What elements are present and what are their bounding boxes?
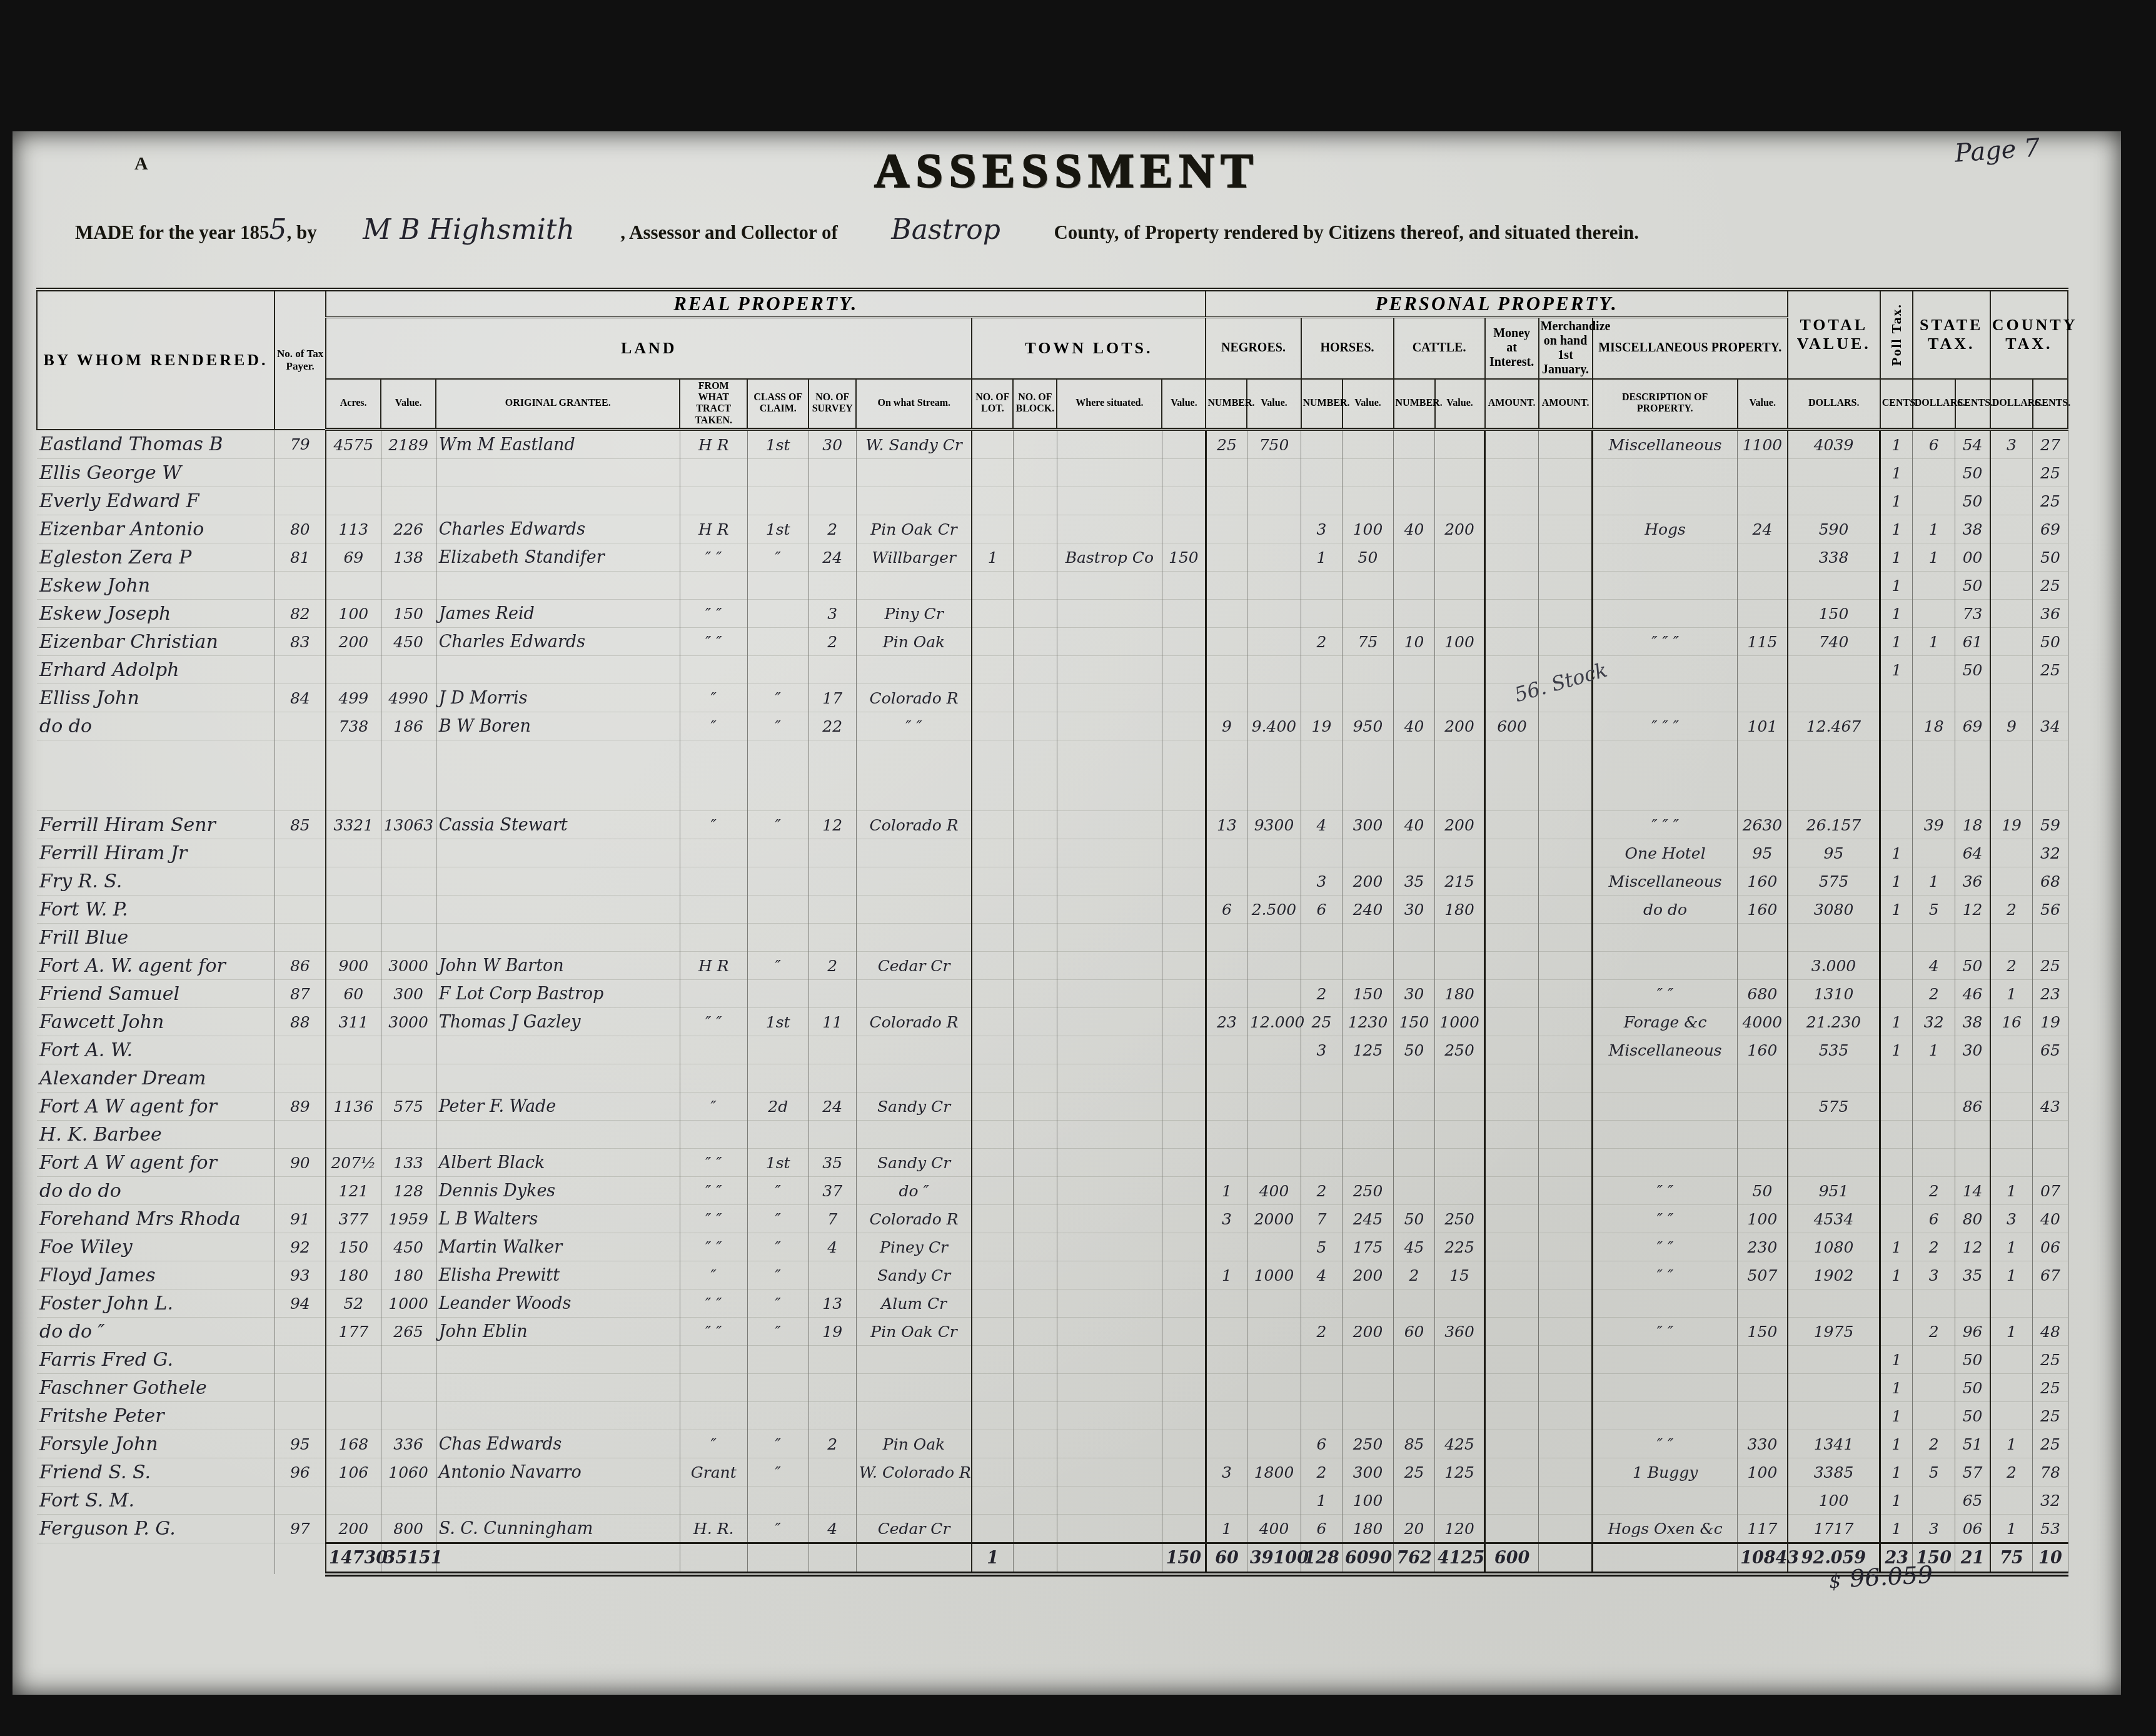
cell-lotval [1162,811,1206,839]
cell-sd [1913,924,1955,952]
cell-lot [972,1261,1013,1289]
cell-survey [808,896,856,924]
cell-cv [1435,600,1485,628]
cell-situated [1057,924,1162,952]
cell-cls: 1st [747,430,808,459]
cell-hv [1342,487,1394,515]
cell-tract: ″ ″ [680,600,747,628]
cell-val: 300 [381,980,436,1008]
cell-cd [1990,839,2033,867]
cell-total: 26.157 [1788,811,1880,839]
cell-total [1788,459,1880,487]
cell-name: Forsyle John [37,1430,275,1458]
table-row: Elliss John844994990J D Morris″″17Colora… [37,684,2068,712]
cell-val: 226 [381,515,436,543]
cell-money: 600 [1485,1543,1539,1575]
cell-miscv [1738,600,1788,628]
cell-cc: 59 [2033,811,2068,839]
cell-acres [326,839,381,867]
cell-hn [1301,430,1342,459]
cell-total [1788,1346,1880,1374]
cell-total: 1080 [1788,1233,1880,1261]
cell-cd: 1 [1990,1233,2033,1261]
cell-grantee: John W Barton [436,952,680,980]
cell-val [381,487,436,515]
cell-acres [326,896,381,924]
cell-block [1013,1121,1057,1149]
cell-miscv [1738,1486,1788,1515]
cell-block [1013,1093,1057,1121]
cell-hn: 5 [1301,1233,1342,1261]
cell-cc: 25 [2033,1402,2068,1430]
col-acres: Acres. [326,379,381,430]
cell-total: 1902 [1788,1261,1880,1289]
cell-lot [972,811,1013,839]
cell-sc: 86 [1955,1093,1990,1121]
cell-nn [1206,628,1247,656]
cell-hv [1342,924,1394,952]
table-row [37,740,2068,811]
cell-cv: 15 [1435,1261,1485,1289]
cell-money: 600 [1485,712,1539,740]
cell-val: 450 [381,1233,436,1261]
cell-cv [1435,487,1485,515]
cell-cc: 25 [2033,459,2068,487]
cell-lotval [1162,628,1206,656]
cell-miscv: 100 [1738,1458,1788,1486]
cell-grantee: Thomas J Gazley [436,1008,680,1036]
cell-survey: 4 [808,1515,856,1543]
cell-nv: 750 [1247,430,1301,459]
cell-miscd: Forage &c [1593,1008,1738,1036]
cell-money [1485,1177,1539,1205]
cell-situated [1057,1543,1162,1575]
cell-acres: 180 [326,1261,381,1289]
cell-no [275,1374,326,1402]
cell-no: 92 [275,1233,326,1261]
cell-survey [808,1121,856,1149]
cell-no: 95 [275,1430,326,1458]
cell-sc: 65 [1955,1486,1990,1515]
cell-situated [1057,459,1162,487]
cell-cc [2033,1121,2068,1149]
cell-block [1013,1177,1057,1205]
cell-survey [808,1036,856,1064]
cell-nv [1247,1430,1301,1458]
cell-nn: 60 [1206,1543,1247,1575]
cell-total [1788,1149,1880,1177]
cell-miscd [1593,1093,1738,1121]
cell-cc: 43 [2033,1093,2068,1121]
dollar-flourish: $ [1828,1570,1841,1593]
cell-sc: 30 [1955,1036,1990,1064]
cell-survey [808,924,856,952]
cell-lot [972,1205,1013,1233]
cell-situated [1057,712,1162,740]
cell-name: Alexander Dream [37,1064,275,1093]
cell-val [381,924,436,952]
cell-cv [1435,1374,1485,1402]
cell-hn: 2 [1301,1458,1342,1486]
cell-miscd: ″ ″ [1593,1177,1738,1205]
cell-sd: 2 [1913,1318,1955,1346]
cell-cls [747,1064,808,1093]
cell-name: Eskew Joseph [37,600,275,628]
cell-miscd: ″ ″ [1593,1205,1738,1233]
subtitle-line: MADE for the year 1855, by M B Highsmith… [75,214,2083,246]
cell-name: Ferrill Hiram Senr [37,811,275,839]
cell-miscv: 95 [1738,839,1788,867]
cell-acres: 4575 [326,430,381,459]
cell-block [1013,1346,1057,1374]
cell-grantee: L B Walters [436,1205,680,1233]
cell-cd [1990,543,2033,572]
cell-merch [1539,543,1593,572]
cell-miscd: One Hotel [1593,839,1738,867]
cell-hv: 300 [1342,1458,1394,1486]
cell-lotval: 150 [1162,543,1206,572]
cell-merch [1539,572,1593,600]
subtitle-tail: County, of Property rendered by Citizens… [1054,221,1639,243]
cell-survey [808,1458,856,1486]
cell-hn: 25 [1301,1008,1342,1036]
cell-no [275,896,326,924]
cell-sc: 50 [1955,459,1990,487]
cell-sd [1913,600,1955,628]
cell-miscv: 10843 [1738,1543,1788,1575]
cell-sd: 4 [1913,952,1955,980]
cell-name: H. K. Barbee [37,1121,275,1149]
cell-nv [1247,572,1301,600]
cell-nn [1206,572,1247,600]
cell-nn [1206,1289,1247,1318]
cell-name: Fritshe Peter [37,1402,275,1430]
cell-stream: W. Colorado R [856,1458,972,1486]
cell-hv: 240 [1342,896,1394,924]
cell-cc: 40 [2033,1205,2068,1233]
cell-name: Fort A W agent for [37,1093,275,1121]
cell-sd [1913,1289,1955,1318]
cell-cn [1394,543,1435,572]
cell-no [275,924,326,952]
cell-money [1485,924,1539,952]
cell-nv: 2.500 [1247,896,1301,924]
cell-acres [326,867,381,896]
cell-cn [1394,684,1435,712]
cell-cc: 25 [2033,572,2068,600]
cell-cls [747,1121,808,1149]
cell-cls [747,839,808,867]
cell-lot [972,712,1013,740]
cell-no: 90 [275,1149,326,1177]
cell-stream [856,1121,972,1149]
cell-money [1485,628,1539,656]
cell-sd [1913,1402,1955,1430]
cell-lot: 1 [972,543,1013,572]
cell-poll: 1 [1880,839,1913,867]
cell-cc: 32 [2033,839,2068,867]
cell-nn [1206,1121,1247,1149]
cell-nv [1247,1036,1301,1064]
cell-total: 3385 [1788,1458,1880,1486]
cell-cv [1435,459,1485,487]
cell-cls [747,1402,808,1430]
cell-survey [808,839,856,867]
cell-survey [808,1402,856,1430]
cell-merch [1539,1402,1593,1430]
cell-hn [1301,1289,1342,1318]
cell-name: Friend S. S. [37,1458,275,1486]
cell-situated [1057,867,1162,896]
cell-poll: 1 [1880,1233,1913,1261]
cell-block [1013,1064,1057,1093]
cell-cd: 3 [1990,1205,2033,1233]
cell-sc: 50 [1955,1346,1990,1374]
cell-total [1788,1374,1880,1402]
cell-no [275,740,326,811]
cell-cn [1394,740,1435,811]
cell-money [1485,980,1539,1008]
cell-hv [1342,1121,1394,1149]
col-no-of-block: NO. OF BLOCK. [1013,379,1057,430]
cell-tract: H R [680,515,747,543]
col-total-value: TOTAL VALUE. [1788,290,1880,379]
cell-cc: 78 [2033,1458,2068,1486]
cell-money [1485,896,1539,924]
cell-poll [1880,1121,1913,1149]
assessor-name-handwritten: M B Highsmith [322,214,616,246]
cell-total [1788,740,1880,811]
cell-sd [1913,656,1955,684]
cell-cv [1435,656,1485,684]
cell-val: 336 [381,1430,436,1458]
cell-lotval [1162,1177,1206,1205]
cell-tract: ″ [680,712,747,740]
table-row: Alexander Dream [37,1064,2068,1093]
cell-block [1013,572,1057,600]
cell-hn: 4 [1301,1261,1342,1289]
cell-hn [1301,600,1342,628]
cell-hn: 128 [1301,1543,1342,1575]
cell-tract: ″ ″ [680,1318,747,1346]
cell-total: 1975 [1788,1318,1880,1346]
cell-cls [747,980,808,1008]
cell-lot [972,572,1013,600]
table-row: Erhard Adolph15025 [37,656,2068,684]
cell-cn: 50 [1394,1205,1435,1233]
cell-merch [1539,1543,1593,1575]
cell-lot [972,1233,1013,1261]
cell-name: Eastland Thomas B [37,430,275,459]
col-no-of-survey: NO. OF SURVEY [808,379,856,430]
cell-stream: Piny Cr [856,600,972,628]
table-row: Frill Blue [37,924,2068,952]
cell-cn [1394,1346,1435,1374]
cell-lot [972,1515,1013,1543]
cell-lotval [1162,740,1206,811]
cell-miscv: 150 [1738,1318,1788,1346]
cell-block [1013,980,1057,1008]
cell-stream: Colorado R [856,1205,972,1233]
cell-merch [1539,740,1593,811]
cell-cc [2033,924,2068,952]
cell-hv: 6090 [1342,1543,1394,1575]
cell-total: 535 [1788,1036,1880,1064]
col-state-tax: STATE TAX. [1913,290,1990,379]
cell-miscd: ″ ″ [1593,1233,1738,1261]
group-negroes: NEGROES. [1206,317,1301,379]
cell-sc: 80 [1955,1205,1990,1233]
cell-val [381,1374,436,1402]
cell-tract [680,656,747,684]
table-row: H. K. Barbee [37,1121,2068,1149]
cell-acres: 738 [326,712,381,740]
cell-cls: ″ [747,1458,808,1486]
totals-row: 1473035151115060391001286090762412560010… [37,1543,2068,1575]
cell-grantee: S. C. Cunningham [436,1515,680,1543]
cell-merch [1539,1318,1593,1346]
cell-no: 88 [275,1008,326,1036]
cell-survey [808,1261,856,1289]
cell-nn [1206,1149,1247,1177]
cell-survey: 37 [808,1177,856,1205]
cell-miscd: ″ ″ [1593,1430,1738,1458]
cell-survey: 2 [808,952,856,980]
cell-no: 87 [275,980,326,1008]
cell-merch [1539,1289,1593,1318]
cell-miscv: 50 [1738,1177,1788,1205]
cell-cd [1990,1402,2033,1430]
cell-sc: 50 [1955,656,1990,684]
cell-nv [1247,515,1301,543]
cell-grantee [436,1374,680,1402]
cell-cn: 85 [1394,1430,1435,1458]
cell-no [275,487,326,515]
cell-stream: Pin Oak [856,628,972,656]
cell-survey: 7 [808,1205,856,1233]
table-row: Everly Edward F15025 [37,487,2068,515]
cell-no [275,1064,326,1093]
cell-cn: 40 [1394,515,1435,543]
cell-lot [972,1374,1013,1402]
cell-cc [2033,1064,2068,1093]
cell-grantee [436,459,680,487]
cell-tract: ″ [680,811,747,839]
cell-val: 800 [381,1515,436,1543]
cell-miscv: 160 [1738,867,1788,896]
cell-money [1485,1036,1539,1064]
group-land: LAND [326,317,972,379]
cell-block [1013,924,1057,952]
cell-hv [1342,1149,1394,1177]
cell-sc: 14 [1955,1177,1990,1205]
cell-cn [1394,1374,1435,1402]
cell-situated [1057,1177,1162,1205]
cell-cn: 25 [1394,1458,1435,1486]
cell-sc: 18 [1955,811,1990,839]
cell-cv [1435,839,1485,867]
cell-grantee: Albert Black [436,1149,680,1177]
cell-stream [856,656,972,684]
cell-merch [1539,628,1593,656]
cell-sd [1913,684,1955,712]
cell-lotval [1162,839,1206,867]
cell-tract [680,867,747,896]
cell-name: Eizenbar Antonio [37,515,275,543]
cell-block [1013,1402,1057,1430]
cell-cc: 32 [2033,1486,2068,1515]
cell-cv: 250 [1435,1036,1485,1064]
cell-grantee [436,924,680,952]
group-personal-property: PERSONAL PROPERTY. [1206,290,1787,317]
cell-hv: 1230 [1342,1008,1394,1036]
cell-stream: Alum Cr [856,1289,972,1318]
cell-nn [1206,952,1247,980]
cell-hv [1342,430,1394,459]
table-row: Farris Fred G.15025 [37,1346,2068,1374]
cell-miscv [1738,1402,1788,1430]
cell-sc: 36 [1955,867,1990,896]
cell-merch [1539,1458,1593,1486]
group-merchandize: Merchandize on hand 1st January. [1539,317,1593,379]
cell-poll: 1 [1880,1458,1913,1486]
col-on-what-stream: On what Stream. [856,379,972,430]
cell-sc: 50 [1955,1374,1990,1402]
cell-stream: W. Sandy Cr [856,430,972,459]
cell-val: 2189 [381,430,436,459]
cell-situated [1057,628,1162,656]
cell-block [1013,811,1057,839]
cell-money [1485,867,1539,896]
cell-sd [1913,1149,1955,1177]
cell-cc: 67 [2033,1261,2068,1289]
cell-stream [856,896,972,924]
cell-val [381,867,436,896]
col-money-amount: AMOUNT. [1485,379,1539,430]
cell-nn: 1 [1206,1261,1247,1289]
cell-acres [326,487,381,515]
cell-grantee [436,1064,680,1093]
cell-poll: 1 [1880,628,1913,656]
cell-merch [1539,1177,1593,1205]
cell-name: Elliss John [37,684,275,712]
cell-hv: 250 [1342,1177,1394,1205]
cell-cn [1394,656,1435,684]
cell-hn [1301,1402,1342,1430]
cell-cls [747,459,808,487]
cell-nn [1206,740,1247,811]
cell-survey: 12 [808,811,856,839]
cell-nv [1247,952,1301,980]
cell-val [381,896,436,924]
cell-cd [1990,1486,2033,1515]
cell-grantee [436,1121,680,1149]
cell-cls: ″ [747,1177,808,1205]
cell-lotval [1162,459,1206,487]
cell-tract [680,980,747,1008]
cell-sc: 38 [1955,515,1990,543]
cell-sc: 50 [1955,952,1990,980]
cell-lot [972,1093,1013,1121]
cell-cd [1990,924,2033,952]
cell-grantee [436,656,680,684]
cell-nn [1206,459,1247,487]
cell-block [1013,1515,1057,1543]
cell-lotval [1162,515,1206,543]
cell-val [381,1486,436,1515]
cell-cn [1394,430,1435,459]
cell-tract: H R [680,952,747,980]
